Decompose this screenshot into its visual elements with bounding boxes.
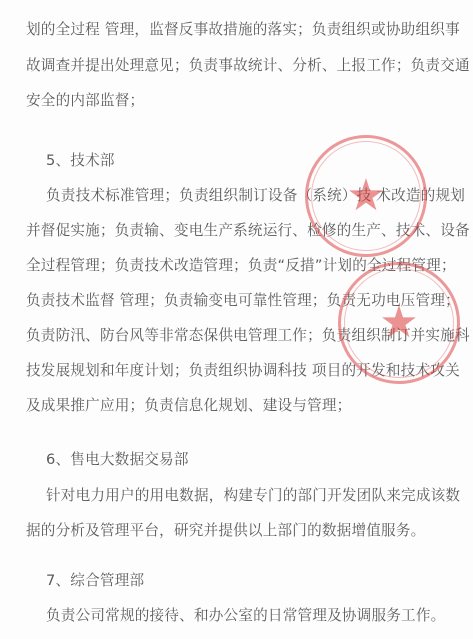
star-icon: ★ <box>346 174 385 218</box>
section-heading-data-trading-dept: 6、售电大数据交易部 <box>46 450 189 470</box>
star-icon: ★ <box>379 301 418 345</box>
body-line: 故调查并提出处理意见；负责事故统计、分析、上报工作；负责交通 <box>26 56 470 76</box>
company-seal-bottom: ★ <box>338 262 460 384</box>
section-heading-tech-dept: 5、技术部 <box>46 151 115 171</box>
section-heading-admin-dept: 7、综合管理部 <box>46 571 144 591</box>
body-line: 及成果推广应用；负责信息化规划、建设与管理； <box>26 396 351 416</box>
body-line: 据的分析及管理平台，研究并提供以上部门的数据增值服务。 <box>26 521 425 541</box>
body-line: 安全的内部监督； <box>26 91 144 111</box>
body-line: 针对电力用户的用电数据，构建专门的部门开发团队来完成该数 <box>46 486 460 506</box>
body-line: 负责公司常规的接待、和办公室的日常管理及协调服务工作。 <box>46 606 445 626</box>
company-seal-top: ★ <box>305 135 427 257</box>
body-line: 划的全过程 管理，监督反事故措施的落实；负责组织或协助组织事 <box>26 20 460 40</box>
